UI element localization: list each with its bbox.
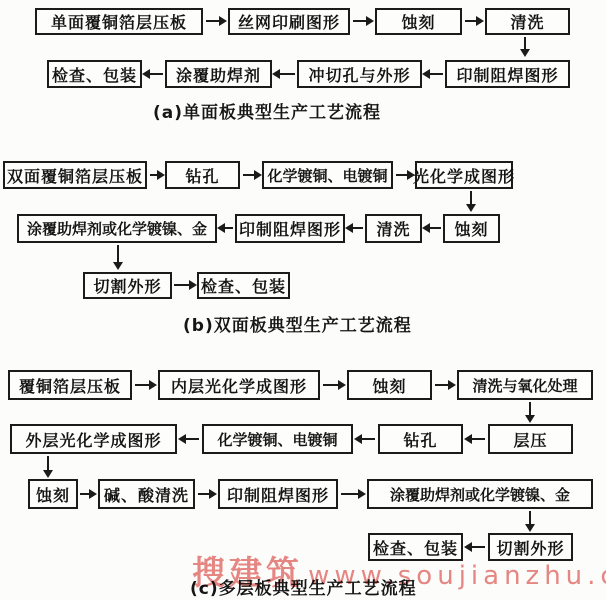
node-b-clean: 清洗 bbox=[365, 214, 422, 243]
flow-arrow-right-icon bbox=[243, 174, 260, 176]
node-b-double-sided-ccl: 双面覆铜箔层压板 bbox=[3, 161, 147, 189]
flow-arrow-down-icon bbox=[524, 37, 526, 50]
flow-arrow-left-icon bbox=[180, 438, 199, 440]
flow-arrow-right-icon bbox=[198, 493, 215, 495]
flow-arrow-right-icon bbox=[353, 20, 372, 22]
flow-arrow-left-icon bbox=[219, 227, 233, 229]
section-a-caption: (a)单面板典型生产工艺流程 bbox=[153, 98, 381, 123]
node-a-single-sided-ccl: 单面覆铜箔层压板 bbox=[35, 8, 203, 35]
flow-arrow-left-icon bbox=[466, 438, 485, 440]
node-c-drill: 钻孔 bbox=[378, 424, 463, 454]
node-b-flux-or-nickel-gold: 涂覆助焊剂或化学镀镍、金 bbox=[17, 214, 217, 243]
flow-arrow-right-icon bbox=[206, 20, 225, 22]
flow-arrow-down-icon bbox=[529, 402, 531, 416]
node-a-solder-mask: 印制阻焊图形 bbox=[445, 60, 570, 88]
flow-arrow-down-icon bbox=[470, 191, 472, 205]
node-b-drill: 钻孔 bbox=[165, 161, 240, 189]
flow-arrow-right-icon bbox=[150, 174, 163, 176]
flow-arrow-down-icon bbox=[47, 456, 49, 471]
flow-arrow-right-icon bbox=[323, 384, 344, 386]
watermark-brand: 搜建筑 bbox=[192, 553, 303, 592]
flow-arrow-left-icon bbox=[274, 73, 295, 75]
node-c-ccl: 覆铜箔层压板 bbox=[8, 370, 132, 400]
pcb-process-flowchart: 单面覆铜箔层压板 丝网印刷图形 蚀刻 清洗 印制阻焊图形 冲切孔与外形 涂覆助焊… bbox=[0, 0, 606, 600]
node-b-copper-plate: 化学镀铜、电镀铜 bbox=[262, 161, 393, 189]
node-a-screen-print: 丝网印刷图形 bbox=[228, 8, 350, 35]
node-b-inspect-pack: 检查、包装 bbox=[197, 272, 290, 299]
flow-arrow-right-icon bbox=[174, 284, 195, 286]
node-c-alkali-acid-clean: 碱、酸清洗 bbox=[98, 479, 195, 509]
flow-arrow-right-icon bbox=[341, 493, 364, 495]
node-c-etch-inner: 蚀刻 bbox=[347, 370, 432, 400]
flow-arrow-down-icon bbox=[529, 511, 531, 525]
flow-arrow-left-icon bbox=[356, 438, 375, 440]
watermark-url: www.soujianzhu.cn bbox=[308, 561, 606, 591]
node-a-flux-coat: 涂覆助焊剂 bbox=[165, 60, 272, 88]
flow-arrow-right-icon bbox=[465, 20, 482, 22]
flow-arrow-right-icon bbox=[135, 384, 155, 386]
node-c-solder-mask: 印制阻焊图形 bbox=[218, 479, 338, 509]
node-c-flux-or-nickel-gold: 涂覆助焊剂或化学镀镍、金 bbox=[367, 479, 593, 509]
node-a-etch: 蚀刻 bbox=[375, 8, 462, 35]
flow-arrow-left-icon bbox=[424, 73, 443, 75]
node-b-solder-mask: 印制阻焊图形 bbox=[235, 214, 345, 243]
flow-arrow-right-icon bbox=[80, 493, 95, 495]
node-c-outer-photo-pattern: 外层光化学成图形 bbox=[10, 424, 177, 454]
node-b-photo-pattern: 光化学成图形 bbox=[415, 161, 513, 189]
node-c-clean-oxidize: 清洗与氧化处理 bbox=[457, 370, 593, 400]
flow-arrow-right-icon bbox=[435, 384, 454, 386]
node-c-laminate: 层压 bbox=[488, 424, 573, 454]
node-c-copper-plate: 化学镀铜、电镀铜 bbox=[202, 424, 353, 454]
watermark: 搜建筑 www.soujianzhu.cn bbox=[192, 547, 606, 594]
flow-arrow-left-icon bbox=[347, 227, 363, 229]
flow-arrow-left-icon bbox=[424, 227, 441, 229]
node-c-etch-outer: 蚀刻 bbox=[28, 479, 78, 509]
flow-arrow-left-icon bbox=[144, 73, 163, 75]
node-a-inspect-pack: 检查、包装 bbox=[47, 60, 142, 88]
flow-arrow-right-icon bbox=[396, 174, 413, 176]
node-a-clean: 清洗 bbox=[485, 8, 570, 35]
node-c-inner-photo-pattern: 内层光化学成图形 bbox=[158, 370, 320, 400]
node-a-punch-outline: 冲切孔与外形 bbox=[297, 60, 422, 88]
node-b-cut-outline: 切割外形 bbox=[83, 272, 172, 299]
flow-arrow-down-icon bbox=[117, 245, 119, 263]
node-b-etch: 蚀刻 bbox=[443, 214, 500, 243]
section-b-caption: (b)双面板典型生产工艺流程 bbox=[183, 311, 412, 336]
